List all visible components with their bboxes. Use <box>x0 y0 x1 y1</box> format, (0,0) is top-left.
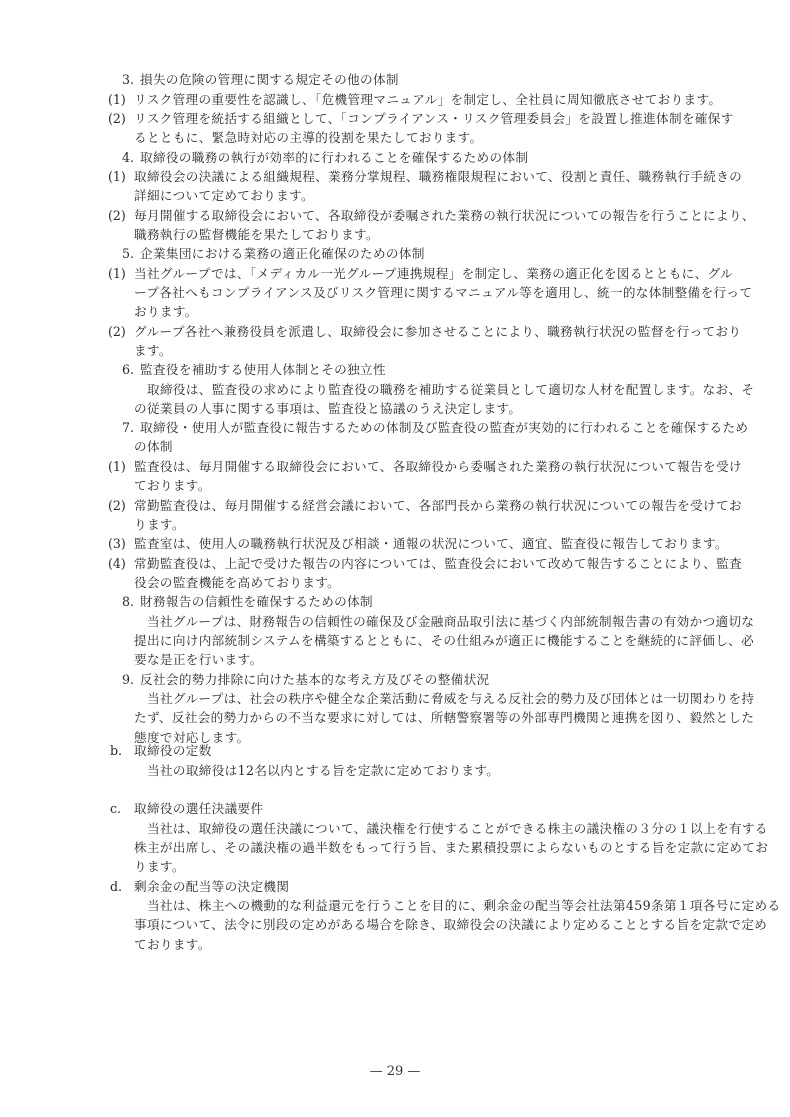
section-heading: 取締役の職務の執行が効率的に行われることを確保するための体制 <box>140 148 528 167</box>
item-text: リスク管理の重要性を認識し、「危機管理マニュアル」を制定し、全社員に周知徹底させ… <box>134 90 721 109</box>
section-number: 4. <box>122 148 134 167</box>
subsection-label: c. <box>110 799 121 818</box>
item-text: 詳細について定めております。 <box>134 186 314 205</box>
paragraph-text: 当社は、取締役の選任決議について、議決権を行使することができる株主の議決権の３分… <box>147 819 768 838</box>
item-text: 役会の監査機能を高めております。 <box>134 573 340 592</box>
item-text: るとともに、緊急時対応の主導的役割を果たしております。 <box>134 128 482 147</box>
section-heading: の体制 <box>134 437 173 456</box>
item-number: (1) <box>108 90 126 109</box>
item-number: (1) <box>108 167 126 186</box>
item-number: (2) <box>108 496 126 515</box>
item-number: (1) <box>108 457 126 476</box>
item-text: ております。 <box>134 476 211 495</box>
item-number: (4) <box>108 554 126 573</box>
section-number: 3. <box>122 70 134 89</box>
section-heading: 取締役・使用人が監査役に報告するための体制及び監査役の監査が実効的に行われること… <box>140 418 748 437</box>
section-number: 8. <box>122 592 134 611</box>
paragraph-text: ております。 <box>134 935 211 954</box>
section-heading: 反社会的勢力排除に向けた基本的な考え方及びその整備状況 <box>140 670 489 689</box>
item-number: (3) <box>108 534 126 553</box>
item-number: (2) <box>108 322 126 341</box>
paragraph-text: 取締役は、監査役の求めにより監査役の職務を補助する従業員として適切な人材を配置し… <box>147 380 754 399</box>
item-number: (1) <box>108 264 126 283</box>
paragraph-text: 当社グループは、財務報告の信頼性の確保及び金融商品取引法に基づく内部統制報告書の… <box>147 612 754 631</box>
paragraph-text: たず、反社会的勢力からの不当な要求に対しては、所轄警察署等の外部専門機関と連携を… <box>134 708 754 727</box>
subsection-label: b. <box>110 741 122 760</box>
paragraph-text: 当社は、株主への機動的な利益還元を行うことを目的に、剰余金の配当等会社法第459… <box>147 896 780 915</box>
item-text: グループ各社へ兼務役員を派遣し、取締役会に参加させることにより、職務執行状況の監… <box>134 322 741 341</box>
item-text: ープ各社へもコンプライアンス及びリスク管理に関するマニュアル等を適用し、統一的な… <box>134 283 752 302</box>
paragraph-text: 株主が出席し、その議決権の過半数をもって行う旨、また累積投票によらないものとする… <box>134 838 768 857</box>
subsection-heading: 剰余金の配当等の決定機関 <box>134 877 289 896</box>
subsection-heading: 取締役の定数 <box>134 741 212 760</box>
page-number: — 29 — <box>0 1064 790 1079</box>
paragraph-text: ります。 <box>134 857 185 876</box>
item-text: 監査室は、使用人の職務執行状況及び相談・通報の状況について、適宜、監査役に報告し… <box>134 534 728 553</box>
paragraph-text: 提出に向け内部統制システムを構築するとともに、その仕組みが適正に機能することを継… <box>134 631 754 650</box>
item-number: (2) <box>108 206 126 225</box>
item-text: 職務執行の監督機能を果たしております。 <box>134 225 379 244</box>
paragraph-text: 要な是正を行います。 <box>134 650 262 669</box>
section-number: 9. <box>122 670 134 689</box>
section-number: 7. <box>122 418 134 437</box>
section-heading: 損失の危険の管理に関する規定その他の体制 <box>140 70 399 89</box>
section-heading: 企業集団における業務の適正化確保のための体制 <box>140 244 425 263</box>
item-text: 毎月開催する取締役会において、各取締役が委嘱された業務の執行状況についての報告を… <box>134 206 755 225</box>
item-text: 当社グループでは、「メディカル一光グループ連携規程」を制定し、業務の適正化を図る… <box>134 264 733 283</box>
item-text: おります。 <box>134 302 198 321</box>
item-text: ります。 <box>134 515 185 534</box>
item-text: 常勤監査役は、毎月開催する経営会議において、各部門長から業務の執行状況についての… <box>134 496 742 515</box>
paragraph-text: 当社の取締役は12名以内とする旨を定款に定めております。 <box>147 761 499 780</box>
paragraph-text: 当社グループは、社会の秩序や健全な企業活動に脅威を与える反社会的勢力及び団体とは… <box>147 689 754 708</box>
section-heading: 財務報告の信頼性を確保するための体制 <box>140 592 373 611</box>
document-page: 3. 損失の危険の管理に関する規定その他の体制 (1) リスク管理の重要性を認識… <box>0 0 790 1117</box>
subsection-heading: 取締役の選任決議要件 <box>134 799 263 818</box>
subsection-label: d. <box>110 877 122 896</box>
item-text: リスク管理を統括する組織として、「コンプライアンス・リスク管理委員会」を設置し推… <box>134 109 734 128</box>
item-number: (2) <box>108 109 126 128</box>
paragraph-text: 事項について、法令に別段の定めがある場合を除き、取締役会の決議により定めることと… <box>134 915 767 934</box>
paragraph-text: の従業員の人事に関する事項は、監査役と協議のうえ決定します。 <box>134 399 521 418</box>
item-text: 常勤監査役は、上記で受けた報告の内容については、監査役会において改めて報告するこ… <box>134 554 742 573</box>
item-text: 監査役は、毎月開催する取締役会において、各取締役から委嘱された業務の執行状況につ… <box>134 457 742 476</box>
item-text: ます。 <box>134 341 172 360</box>
item-text: 取締役会の決議による組織規程、業務分掌規程、職務権限規程において、役割と責任、職… <box>134 167 742 186</box>
section-number: 6. <box>122 360 134 379</box>
section-number: 5. <box>122 244 134 263</box>
section-heading: 監査役を補助する使用人体制とその独立性 <box>140 360 386 379</box>
